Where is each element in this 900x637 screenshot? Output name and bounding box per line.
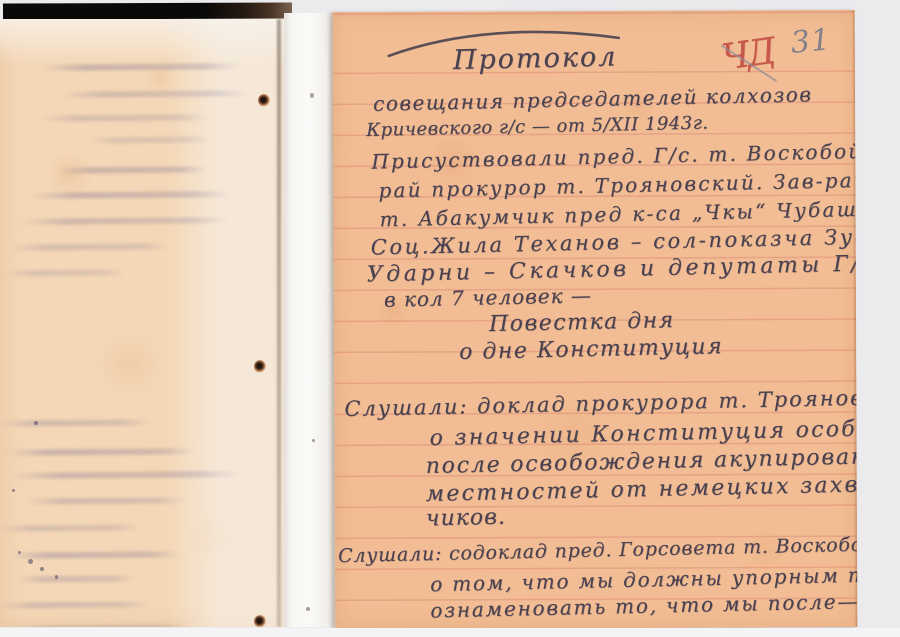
strip-speck xyxy=(306,607,310,611)
scanner-dark-band xyxy=(3,2,292,19)
ink-speck xyxy=(40,567,44,571)
ink-speck xyxy=(55,575,58,579)
left-page xyxy=(0,19,284,627)
strip-speck xyxy=(310,93,314,98)
strip-speck xyxy=(312,439,315,442)
handwriting-line: чиков. xyxy=(426,505,507,532)
agenda-heading: Повестка дня xyxy=(489,308,675,337)
ink-speck xyxy=(34,421,38,425)
handwriting-line: в кол 7 человек — xyxy=(384,283,592,312)
ink-speck xyxy=(12,489,15,492)
punch-hole xyxy=(258,94,270,107)
page-number: 31 xyxy=(789,22,832,61)
punch-hole xyxy=(254,360,266,373)
bleedthrough-line xyxy=(10,624,190,627)
punch-hole xyxy=(254,615,266,627)
archival-scan: Протокол совещания председателей колхозо… xyxy=(0,0,900,637)
binding-strip xyxy=(284,13,334,627)
red-censor-mark: ЧД xyxy=(719,31,775,79)
page-edge-shadow xyxy=(277,19,281,627)
ink-speck xyxy=(18,551,21,554)
right-page: Протокол совещания председателей колхозо… xyxy=(333,10,858,629)
bottom-scan-edge xyxy=(0,628,900,637)
protocol-title: Протокол xyxy=(453,41,618,76)
ink-speck xyxy=(28,559,33,564)
bleedthrough-line xyxy=(16,575,136,582)
bleedthrough-line xyxy=(6,269,126,276)
bleedthrough-line xyxy=(90,136,210,143)
tissue-overlay-right xyxy=(166,19,284,627)
bleedthrough-line xyxy=(0,524,140,531)
